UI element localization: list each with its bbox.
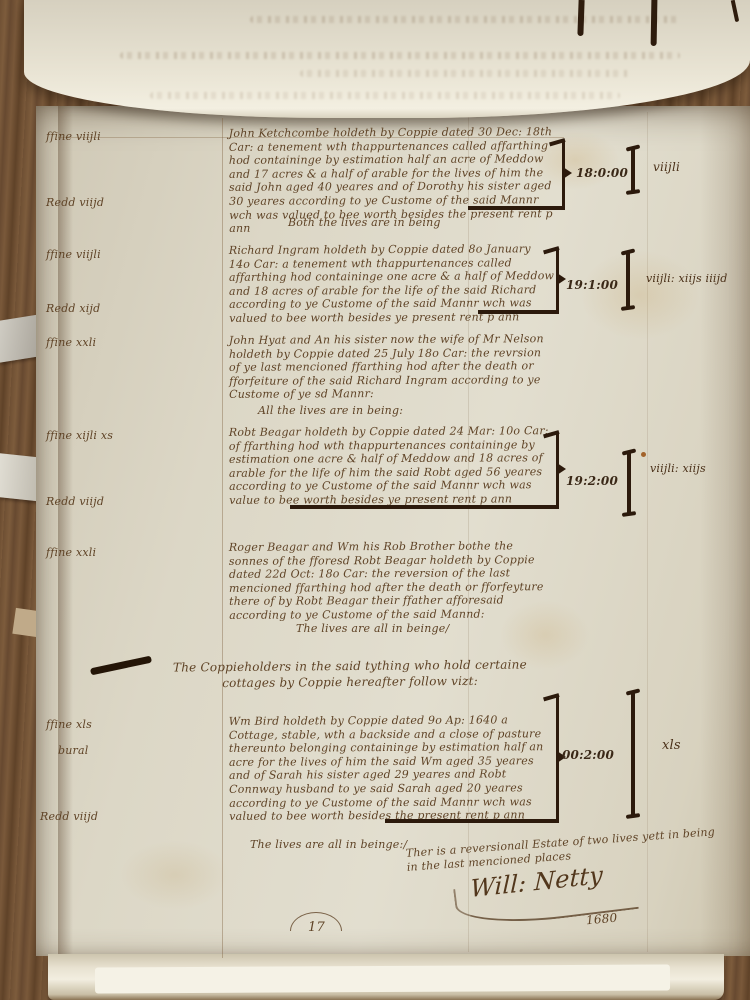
entry-6-fine-sum: xls	[662, 738, 681, 753]
ink-bleed-stroke	[577, 0, 584, 36]
bleedthrough-text-row	[150, 92, 620, 99]
entry-3-margin-fine: ffine xxli	[46, 336, 96, 349]
entry-3-body: John Hyat and An his sister now the wife…	[229, 332, 555, 402]
paper-crease-right	[647, 112, 648, 952]
entry-1-fine-bracket	[631, 148, 635, 192]
entry-2-fine-bracket	[626, 252, 630, 308]
page-number: 17	[308, 920, 325, 935]
gutter-shadow	[58, 106, 78, 956]
entry-1-margin-rent: Redd viijd	[46, 196, 104, 209]
manuscript-photo: { "doc": { "page_number": "17", "ink_col…	[0, 0, 750, 1000]
entry-6-valuation: 00:2:00	[562, 748, 614, 762]
margin-rule-line	[222, 118, 223, 958]
entry-2-margin-rent: Redd xijd	[46, 302, 100, 315]
entry-6-fine-bracket	[631, 692, 635, 816]
protruding-page-edge	[95, 964, 670, 993]
paper-crease-left	[468, 112, 469, 952]
entry-2-fine-sum: viijli: xiijs iiijd	[646, 272, 728, 285]
entry-6-margin-rent: Redd viijd	[40, 810, 98, 823]
entry-1-fine-sum: viijli	[653, 160, 680, 174]
entry-1-closing: Both the lives are in being	[288, 216, 441, 229]
entry-6-bracket	[385, 695, 559, 823]
entry-1-valuation: 18:0:00	[576, 166, 628, 180]
entry-1-margin-fine: ffine viijli	[46, 130, 101, 143]
bleedthrough-text-row	[300, 70, 630, 77]
entry-2-bracket	[478, 248, 559, 314]
entry-4-fine-bracket	[627, 452, 631, 514]
entry-6-margin-fine: ffine xls	[46, 718, 92, 731]
bleedthrough-text-row	[120, 52, 680, 59]
entry-5-closing: The lives are all in beinge/	[296, 622, 449, 635]
paper-stain	[120, 840, 230, 910]
ink-bleed-stroke	[651, 0, 658, 46]
entry-2-margin-fine: ffine viijli	[46, 248, 101, 261]
bleedthrough-text-row	[250, 16, 680, 23]
entry-3-closing: All the lives are in being:	[258, 404, 403, 417]
entry-4-fine-sum: viijli: xiijs	[650, 462, 706, 475]
entry-1-bracket	[468, 140, 565, 210]
entry-4-bracket	[290, 432, 559, 509]
section-heading: The Coppieholders in the said tything wh…	[148, 656, 552, 692]
signature-year: 1680	[585, 911, 617, 928]
entry-2-valuation: 19:1:00	[566, 278, 618, 292]
paper-stain	[580, 250, 700, 340]
entry-5-body: Roger Beagar and Wm his Rob Brother both…	[229, 539, 555, 622]
entry-6-margin-extra: bural	[58, 744, 88, 757]
entry-4-valuation: 19:2:00	[566, 474, 618, 488]
ink-spot	[641, 452, 646, 457]
entry-6-closing: The lives are all in beinge:/	[250, 838, 407, 851]
entry-5-margin-fine: ffine xxli	[46, 546, 96, 559]
entry-4-margin-fine: ffine xijli xs	[46, 429, 113, 442]
entry-4-margin-rent: Redd viijd	[46, 495, 104, 508]
